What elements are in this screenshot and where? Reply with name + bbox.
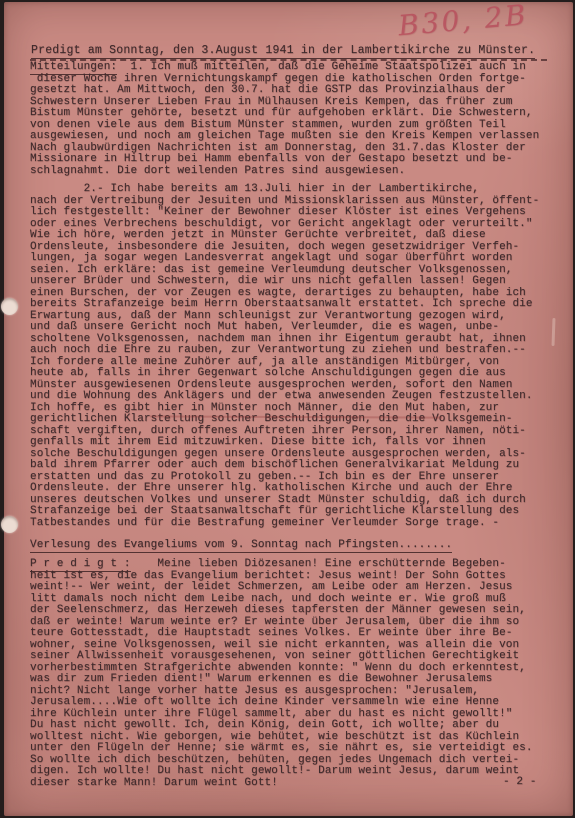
section2-body: 2.- Ich habe bereits am 13.Juli hier in … bbox=[30, 183, 539, 529]
hole-punch-top bbox=[1, 298, 18, 315]
page-title: Predigt am Sonntag, den 3.August 1941 in… bbox=[31, 45, 535, 57]
predigt-body: Meine lieben Diözesanen! Eine erschütter… bbox=[30, 558, 533, 789]
gospel-heading: Verlesung des Evangeliums vom 9. Sonntag… bbox=[30, 540, 452, 552]
scanned-document-frame: B30, 2B Predigt am Sonntag, den 3.August… bbox=[0, 0, 575, 818]
gospel-heading-text: Verlesung des Evangeliums vom 9. Sonntag… bbox=[30, 539, 452, 553]
paragraph-mitteilungen: Mitteilungen: 1. Ich muß mitteilen, daß … bbox=[30, 62, 569, 177]
hole-punch-bottom bbox=[1, 516, 18, 533]
paragraph-section2: 2.- Ich habe bereits am 13.Juli hier in … bbox=[30, 184, 569, 529]
page-number: - 2 - bbox=[503, 777, 537, 789]
mitteilungen-body: 1. Ich muß mitteilen, daß die Geheime St… bbox=[30, 61, 539, 177]
page-title-text: Predigt am Sonntag, den 3.August 1941 in… bbox=[31, 44, 535, 59]
paragraph-predigt: P r e d i g t : Meine lieben Diözesanen!… bbox=[30, 559, 569, 789]
